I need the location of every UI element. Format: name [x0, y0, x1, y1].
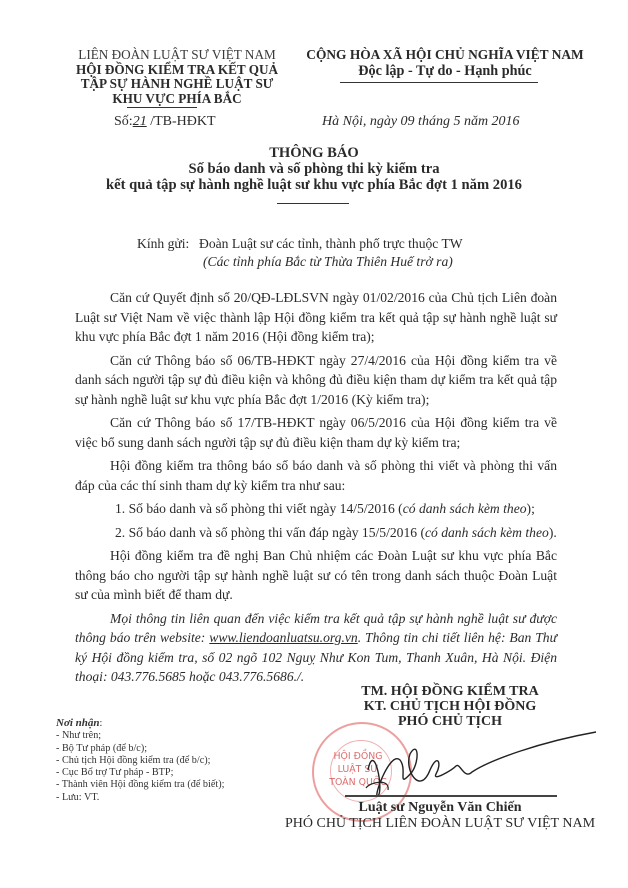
- national-heading: CỘNG HÒA XÃ HỘI CHỦ NGHĨA VIỆT NAM Độc l…: [300, 46, 590, 80]
- signer-title: PHÓ CHỦ TỊCH LIÊN ĐOÀN LUẬT SƯ VIỆT NAM: [250, 816, 628, 832]
- paragraph-basis-1: Căn cứ Quyết định số 20/QĐ-LĐLSVN ngày 0…: [75, 288, 557, 347]
- paragraph-basis-2: Căn cứ Thông báo số 06/TB-HĐKT ngày 27/4…: [75, 351, 557, 410]
- distribution-heading: Nơi nhận: [56, 717, 100, 729]
- signer-name: Luật sư Nguyễn Văn Chiến: [250, 800, 628, 816]
- item2-note: có danh sách kèm theo: [425, 525, 549, 540]
- distribution-item: - Bộ Tư pháp (để b/c);: [56, 743, 224, 755]
- title-divider: [277, 203, 349, 204]
- sign-line1: TM. HỘI ĐỒNG KIỂM TRA: [290, 684, 610, 699]
- paragraph-contact: Mọi thông tin liên quan đến việc kiểm tr…: [75, 609, 557, 687]
- distribution-list: Nơi nhận: - Như trên; - Bộ Tư pháp (để b…: [56, 717, 224, 804]
- distribution-item: - Lưu: VT.: [56, 792, 224, 804]
- title-line2: kết quả tập sự hành nghề luật sư khu vực…: [50, 177, 578, 193]
- country-name: CỘNG HÒA XÃ HỘI CHỦ NGHĨA VIỆT NAM: [300, 46, 590, 63]
- header-right-divider: [340, 82, 538, 83]
- council-name-line2: TẬP SỰ HÀNH NGHỀ LUẬT SƯ: [52, 77, 302, 92]
- handwritten-signature-icon: [360, 730, 600, 800]
- website-link[interactable]: www.liendoanluatsu.org.vn: [209, 630, 357, 645]
- item1-text: 1. Số báo danh và số phòng thi viết ngày…: [115, 501, 403, 516]
- addressee-note: (Các tỉnh phía Bắc từ Thừa Thiên Huế trở…: [203, 253, 463, 271]
- distribution-item: - Như trên;: [56, 730, 224, 742]
- number-prefix: Số:: [114, 114, 133, 129]
- signer: Luật sư Nguyễn Văn Chiến PHÓ CHỦ TỊCH LI…: [250, 800, 628, 832]
- paragraph-announcement: Hội đồng kiểm tra thông báo số báo danh …: [75, 456, 557, 495]
- title-line1: Số báo danh và số phòng thi kỳ kiểm tra: [50, 161, 578, 177]
- issuing-authority: LIÊN ĐOÀN LUẬT SƯ VIỆT NAM HỘI ĐỒNG KIỂM…: [52, 48, 302, 106]
- document-body: Căn cứ Quyết định số 20/QĐ-LĐLSVN ngày 0…: [75, 288, 557, 691]
- addressee-to: Đoàn Luật sư các tỉnh, thành phố trực th…: [199, 236, 463, 251]
- council-name-line3: KHU VỰC PHÍA BẮC: [52, 92, 302, 107]
- federation-name: LIÊN ĐOÀN LUẬT SƯ VIỆT NAM: [52, 48, 302, 63]
- document-number: Số:21 /TB-HĐKT: [114, 114, 216, 130]
- addressee: Kính gửi:Đoàn Luật sư các tỉnh, thành ph…: [137, 235, 463, 271]
- item1-note: có danh sách kèm theo: [403, 501, 527, 516]
- paragraph-basis-3: Căn cứ Thông báo số 17/TB-HĐKT ngày 06/5…: [75, 413, 557, 452]
- distribution-item: - Thành viên Hội đồng kiểm tra (để biết)…: [56, 779, 224, 791]
- council-name-line1: HỘI ĐỒNG KIỂM TRA KẾT QUẢ: [52, 63, 302, 78]
- number-value: 21: [133, 114, 147, 129]
- paragraph-request: Hội đồng kiểm tra đề nghị Ban Chủ nhiệm …: [75, 546, 557, 605]
- addressee-label: Kính gửi:: [137, 235, 199, 253]
- number-suffix: /TB-HĐKT: [147, 114, 216, 129]
- distribution-item: - Chủ tịch Hội đồng kiểm tra (để b/c);: [56, 755, 224, 767]
- item2-text: 2. Số báo danh và số phòng thi vấn đáp n…: [115, 525, 425, 540]
- header-left-divider: [127, 107, 197, 108]
- signature-underline: [345, 795, 557, 797]
- list-item-written-exam: 1. Số báo danh và số phòng thi viết ngày…: [75, 499, 557, 519]
- sign-line2: KT. CHỦ TỊCH HỘI ĐỒNG: [290, 699, 610, 714]
- issue-date: Hà Nội, ngày 09 tháng 5 năm 2016: [322, 114, 520, 130]
- item1-end: );: [527, 501, 535, 516]
- signature-authority: TM. HỘI ĐỒNG KIỂM TRA KT. CHỦ TỊCH HỘI Đ…: [290, 684, 610, 729]
- document-title: THÔNG BÁO Số báo danh và số phòng thi kỳ…: [50, 145, 578, 193]
- title-heading: THÔNG BÁO: [50, 145, 578, 161]
- national-motto: Độc lập - Tự do - Hạnh phúc: [300, 63, 590, 80]
- item2-end: ).: [549, 525, 557, 540]
- list-item-oral-exam: 2. Số báo danh và số phòng thi vấn đáp n…: [75, 523, 557, 543]
- distribution-item: - Cục Bổ trợ Tư pháp - BTP;: [56, 767, 224, 779]
